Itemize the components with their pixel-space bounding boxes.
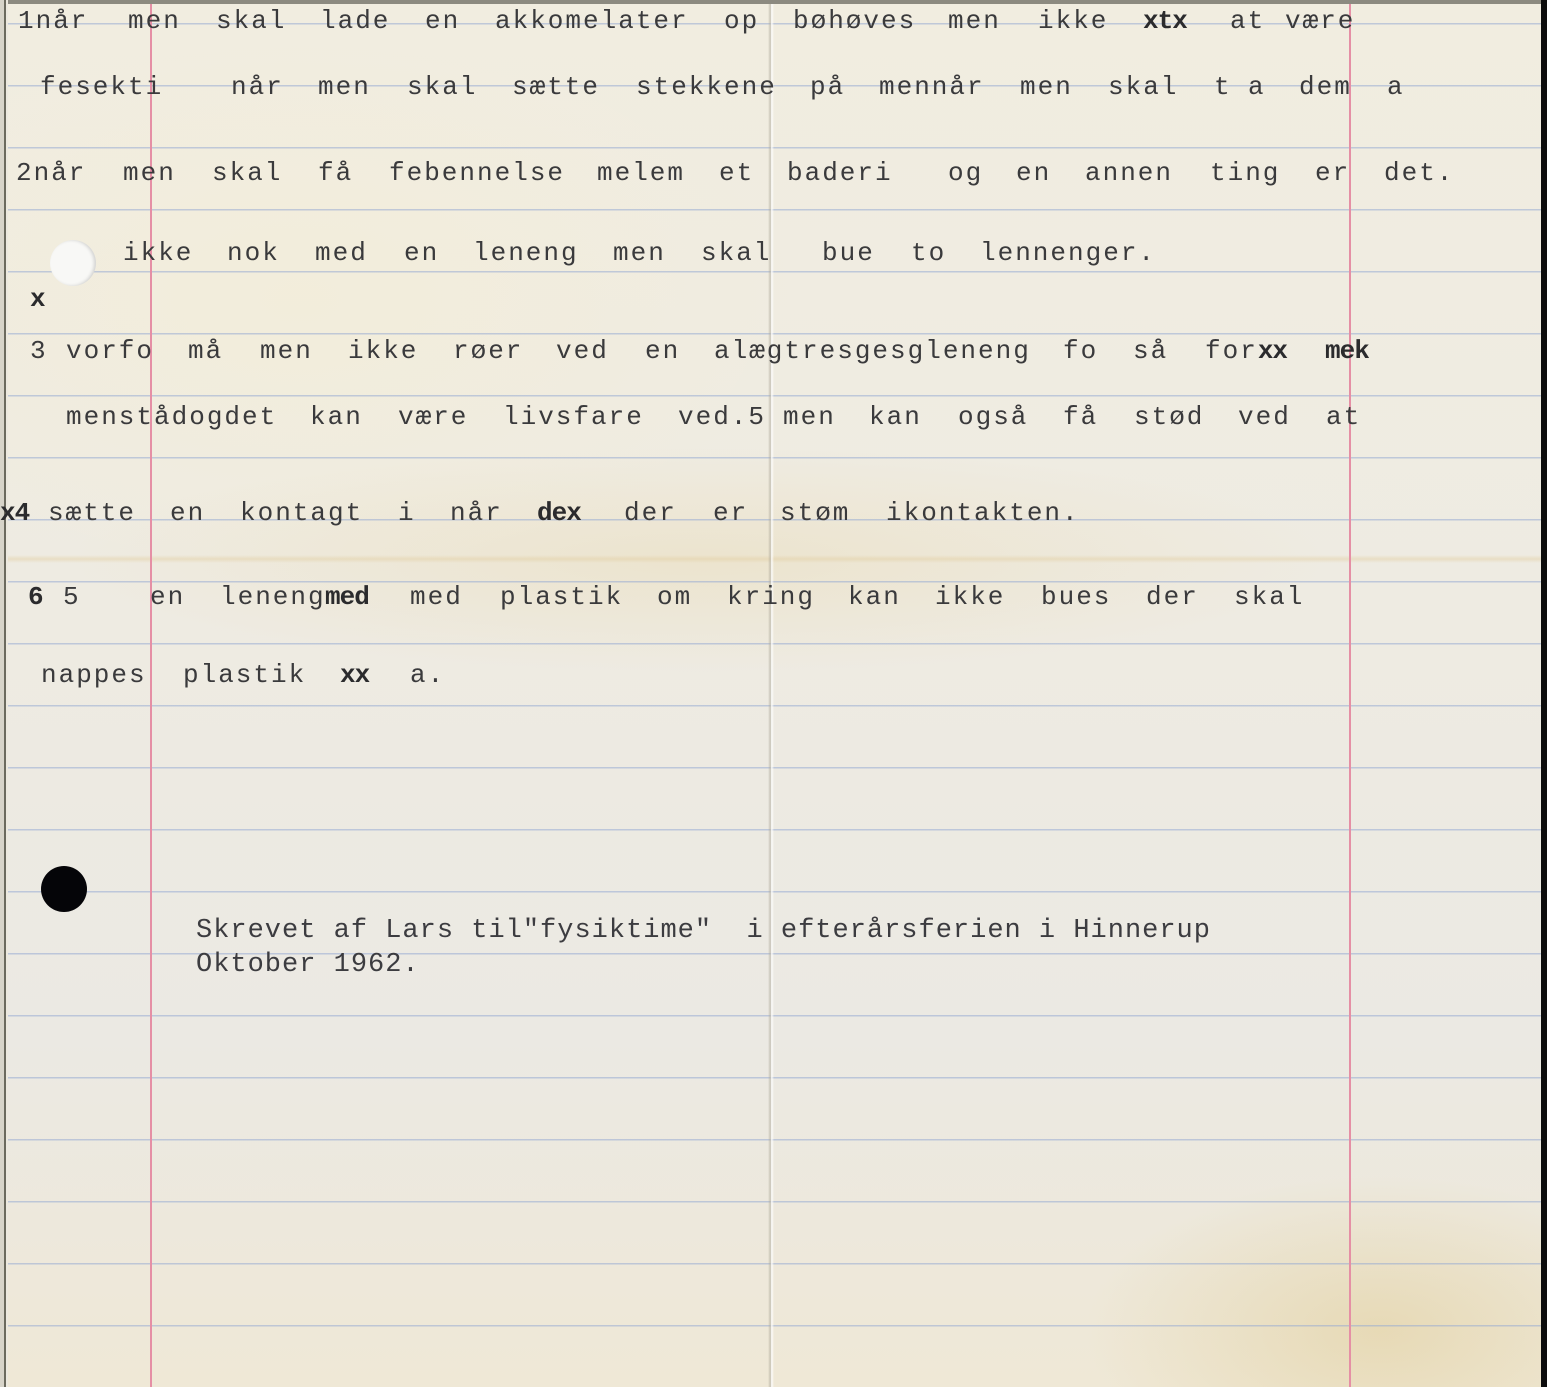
- typed-word: t: [1214, 72, 1232, 102]
- typed-word: så: [1133, 336, 1168, 366]
- typed-word: kring: [727, 582, 815, 612]
- typed-word: kan: [869, 402, 922, 432]
- typed-word: få: [318, 158, 353, 188]
- typed-word: ikke: [348, 336, 418, 366]
- typed-word: ikke: [123, 238, 193, 268]
- signature-line-2: Oktober 1962.: [196, 950, 420, 980]
- typed-word: 1når: [18, 6, 88, 36]
- typed-word: skal: [216, 6, 286, 36]
- struck-out-word: xx: [340, 660, 369, 690]
- typed-word: mennår: [879, 72, 985, 102]
- typed-word: a: [1387, 72, 1405, 102]
- left-margin-line: [150, 0, 152, 1387]
- typed-word: og: [948, 158, 983, 188]
- typed-word: at: [1230, 6, 1265, 36]
- typed-word: 2når: [16, 158, 86, 188]
- typed-word: men: [260, 336, 313, 366]
- typed-word: op: [724, 6, 759, 36]
- typed-word: må: [188, 336, 223, 366]
- typed-word: kan: [848, 582, 901, 612]
- typed-word: ved: [556, 336, 609, 366]
- struck-out-word: xtx: [1143, 6, 1187, 36]
- typed-word: være: [398, 402, 468, 432]
- typed-word: to: [911, 238, 946, 268]
- typed-word: plastik: [500, 582, 623, 612]
- typed-word: leneng: [220, 582, 326, 612]
- typed-word: melem: [597, 158, 685, 188]
- typed-word: men: [318, 72, 371, 102]
- typed-word: men: [123, 158, 176, 188]
- typed-word: i: [398, 498, 416, 528]
- right-margin-line: [1349, 0, 1351, 1387]
- typed-word: skal: [1234, 582, 1304, 612]
- typed-word: kan: [310, 402, 363, 432]
- typed-word: men: [613, 238, 666, 268]
- typed-word: lade: [320, 6, 390, 36]
- typed-word: et: [719, 158, 754, 188]
- typed-word: fo: [1063, 336, 1098, 366]
- typed-word: ved: [1238, 402, 1291, 432]
- typed-word: skal: [407, 72, 477, 102]
- typed-word: er: [1315, 158, 1350, 188]
- typed-word: der: [1146, 582, 1199, 612]
- typed-word: plastik: [183, 660, 306, 690]
- typed-word: kontagt: [240, 498, 363, 528]
- typed-word: at: [1326, 402, 1361, 432]
- typed-word: akkomelater: [495, 6, 689, 36]
- typed-word: en: [404, 238, 439, 268]
- typed-word: febennelse: [389, 158, 565, 188]
- struck-out-word: dex: [537, 498, 581, 528]
- typed-word: sætte: [512, 72, 600, 102]
- typed-word: a.: [410, 660, 445, 690]
- typed-word: annen: [1085, 158, 1173, 188]
- struck-out-word: med: [325, 582, 369, 612]
- typed-word: lennenger.: [980, 238, 1156, 268]
- typed-word: når: [231, 72, 284, 102]
- typed-word: en: [170, 498, 205, 528]
- typed-word: støm: [780, 498, 850, 528]
- typed-word: leneng: [473, 238, 579, 268]
- struck-out-word: 6: [28, 582, 43, 612]
- typed-word: med: [410, 582, 463, 612]
- typed-word: når: [450, 498, 503, 528]
- typed-word: på: [810, 72, 845, 102]
- typed-word: ikontakten.: [886, 498, 1080, 528]
- typed-word: men: [783, 402, 836, 432]
- struck-out-word: x: [30, 284, 45, 314]
- typed-word: ting: [1210, 158, 1280, 188]
- typed-word: a: [1248, 72, 1266, 102]
- typed-word: dem: [1299, 72, 1352, 102]
- typed-word: livsfare: [503, 402, 644, 432]
- typed-word: ikke: [935, 582, 1005, 612]
- punch-hole-bottom: [41, 866, 87, 912]
- typed-word: men: [1020, 72, 1073, 102]
- typed-word: skal: [212, 158, 282, 188]
- typed-word: en: [150, 582, 185, 612]
- typed-word: alægtresgesgleneng: [714, 336, 1031, 366]
- typed-word: er: [713, 498, 748, 528]
- vertical-fold-crease: [768, 0, 774, 1387]
- typed-word: bues: [1041, 582, 1111, 612]
- typed-word: nok: [227, 238, 280, 268]
- typed-word: skal: [1108, 72, 1178, 102]
- typed-word: skal: [701, 238, 771, 268]
- punch-hole-top: [50, 240, 96, 286]
- scan-right-edge: [1541, 0, 1547, 1387]
- typed-word: en: [425, 6, 460, 36]
- scan-left-edge: [0, 0, 8, 1387]
- typed-word: en: [645, 336, 680, 366]
- typed-word: forxx: [1205, 336, 1287, 366]
- signature-line-1: Skrevet af Lars til"fysiktime" i efterår…: [196, 916, 1211, 946]
- typed-word: baderi: [787, 158, 893, 188]
- typed-word: men: [948, 6, 1001, 36]
- typed-word: stekkene: [636, 72, 777, 102]
- typed-word: med: [315, 238, 368, 268]
- typed-word: 5: [63, 582, 81, 612]
- typed-word: røer: [453, 336, 523, 366]
- typed-word: 3: [30, 336, 48, 366]
- typed-word: vorfo: [66, 336, 154, 366]
- typed-word: menstådogdet: [66, 402, 277, 432]
- scan-top-edge: [0, 0, 1547, 4]
- struck-out-word: mek: [1325, 336, 1369, 366]
- struck-out-word: x4: [0, 498, 29, 528]
- typed-word: nappes: [41, 660, 147, 690]
- typed-word: ved.5: [678, 402, 766, 432]
- typed-word: ikke: [1038, 6, 1108, 36]
- typed-word: bue: [822, 238, 875, 268]
- typed-word: bøhøves: [793, 6, 916, 36]
- typed-word: en: [1016, 158, 1051, 188]
- typed-word: også: [958, 402, 1028, 432]
- typed-word: men: [128, 6, 181, 36]
- typed-word: få: [1063, 402, 1098, 432]
- typed-word: om: [657, 582, 692, 612]
- typed-word: være: [1285, 6, 1355, 36]
- typed-word: fesekti: [40, 72, 163, 102]
- typed-word: stød: [1134, 402, 1204, 432]
- typed-word: det.: [1384, 158, 1454, 188]
- typed-word: der: [624, 498, 677, 528]
- typed-word: sætte: [48, 498, 136, 528]
